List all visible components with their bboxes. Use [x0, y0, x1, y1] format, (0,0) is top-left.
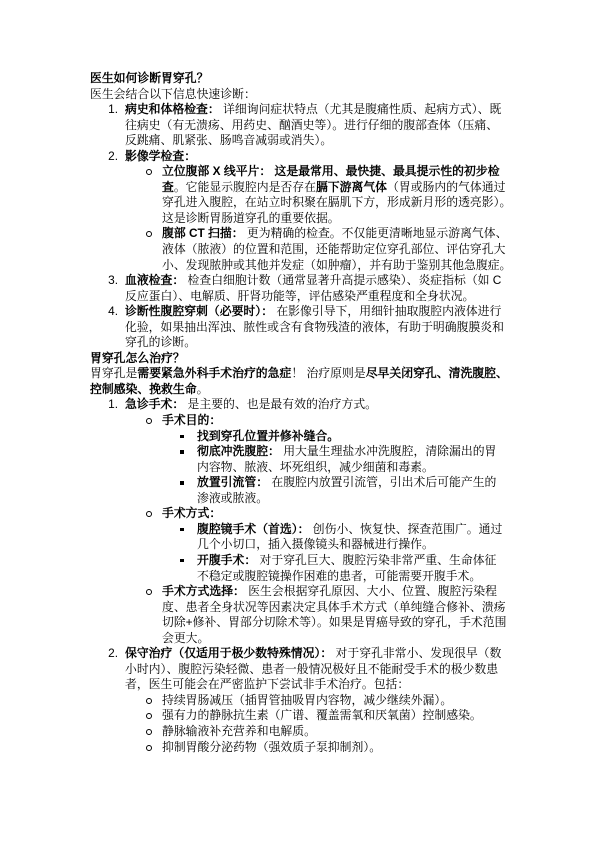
square-bullet-icon — [180, 435, 184, 439]
item-label: 彻底冲洗腹腔： — [197, 444, 280, 458]
sublist-item-surgery-methods: 手术方式： — [90, 506, 540, 522]
item-label: 放置引流管： — [197, 475, 268, 489]
square-bullet-icon — [180, 481, 184, 485]
item-text: 是主要的、也是最有效的治疗方式。 — [184, 397, 377, 411]
diagnosis-intro: 医生会结合以下信息快速诊断： — [90, 87, 540, 103]
list-number: 1. — [90, 397, 118, 413]
circle-bullet-icon — [146, 418, 152, 424]
sublist-item-acid-suppression: 抑制胃酸分泌药物（强效质子泵抑制剂）。 — [90, 740, 540, 756]
treatment-intro: 胃穿孔是需要紧急外科手术治疗的急症！ 治疗原则是尽早关闭穿孔、清洗腹腔、 控制感… — [90, 366, 540, 397]
treatment-heading: 胃穿孔怎么治疗？ — [90, 351, 540, 367]
section-heading: 胃穿孔怎么治疗？ — [90, 351, 540, 367]
item-text: 持续胃肠减压（插胃管抽吸胃内容物，减少继续外漏）。 — [162, 693, 452, 707]
square-bullet-icon — [180, 450, 184, 454]
item-label: 急诊手术： — [125, 397, 184, 411]
item-label: 病史和体格检查： — [125, 102, 220, 116]
item-label: 开腹手术： — [197, 553, 256, 567]
item-label: 手术目的： — [162, 413, 221, 427]
item-label: 影像学检查： — [125, 149, 196, 163]
sublist-item-surgery-goals: 手术目的： — [90, 413, 540, 429]
circle-bullet-icon — [146, 698, 152, 704]
item-text: 强有力的静脉抗生素（广谱、覆盖需氧和厌氧菌）控制感染。 — [162, 708, 482, 722]
item-text: 。它能显示腹腔内是否存在 — [174, 180, 316, 194]
list-item-blood-test: 3. 血液检查： 检查白细胞计数（通常显著升高提示感染）、炎症指标（如 C 反应… — [90, 273, 540, 304]
item-text: 抑制胃酸分泌药物（强效质子泵抑制剂）。 — [162, 740, 381, 754]
circle-bullet-icon — [146, 713, 152, 719]
list-item-imaging: 2. 影像学检查： — [90, 149, 540, 165]
sub-sublist-item-lavage: 彻底冲洗腹腔： 用大量生理盐水冲洗腹腔，清除漏出的胃 内容物、脓液、坏死组织，减… — [90, 444, 540, 475]
square-bullet-icon — [180, 528, 184, 532]
circle-bullet-icon — [146, 511, 152, 517]
document-page: 医生如何诊断胃穿孔？ 医生会结合以下信息快速诊断： 1. 病史和体格检查： 详细… — [0, 0, 595, 841]
section-heading: 医生如何诊断胃穿孔？ — [90, 71, 540, 87]
item-label: 找到穿孔位置并修补缝合。 — [197, 429, 339, 443]
sublist-item-iv-fluids: 静脉输液补充营养和电解质。 — [90, 724, 540, 740]
sub-sublist-item-repair: 找到穿孔位置并修补缝合。 — [90, 429, 540, 445]
intro-text: 医生会结合以下信息快速诊断： — [90, 87, 540, 103]
sublist-item-ct: 腹部 CT 扫描： 更为精确的检查。不仅能更清晰地显示游离气体、 液体（脓液）的… — [90, 226, 540, 273]
circle-bullet-icon — [146, 745, 152, 751]
circle-bullet-icon — [146, 231, 152, 237]
item-emphasis: 膈下游离气体 — [316, 180, 387, 194]
item-label: 诊断性腹腔穿刺（必要时）： — [125, 304, 273, 318]
list-number: 2. — [90, 646, 118, 662]
sublist-item-method-selection: 手术方式选择： 医生会根据穿孔原因、大小、位置、腹腔污染程 度、患者全身状况等因… — [90, 584, 540, 646]
document-content: 医生如何诊断胃穿孔？ 医生会结合以下信息快速诊断： 1. 病史和体格检查： 详细… — [90, 71, 540, 755]
intro-text: 胃穿孔是 — [90, 366, 137, 380]
item-text: 静脉输液补充营养和电解质。 — [162, 724, 316, 738]
square-bullet-icon — [180, 559, 184, 563]
circle-bullet-icon — [146, 169, 152, 175]
item-label: 腹腔镜手术（首选）： — [197, 522, 310, 536]
item-label: 血液检查： — [125, 273, 184, 287]
list-number: 4. — [90, 304, 118, 320]
list-number: 1. — [90, 102, 118, 118]
sublist-item-antibiotics: 强有力的静脉抗生素（广谱、覆盖需氧和厌氧菌）控制感染。 — [90, 708, 540, 724]
item-label: 腹部 CT 扫描： — [162, 226, 244, 240]
list-item-emergency-surgery: 1. 急诊手术： 是主要的、也是最有效的治疗方式。 — [90, 397, 540, 413]
diagnosis-heading: 医生如何诊断胃穿孔？ — [90, 71, 540, 87]
list-item-conservative: 2. 保守治疗（仅适用于极少数特殊情况）： 对于穿孔非常小、发现很早（数 小时内… — [90, 646, 540, 693]
circle-bullet-icon — [146, 729, 152, 735]
sub-sublist-item-laparoscopic: 腹腔镜手术（首选）： 创伤小、恢复快、探查范围广。通过 几个小切口，插入摄像镜头… — [90, 522, 540, 553]
sublist-item-xray: 立位腹部 X 线平片： 这是最常用、最快捷、最具提示性的初步检 查。它能显示腹腔… — [90, 164, 540, 226]
sub-sublist-item-open-surgery: 开腹手术： 对于穿孔巨大、腹腔污染非常严重、生命体征 不稳定或腹腔镜操作困难的患… — [90, 553, 540, 584]
sublist-item-decompression: 持续胃肠减压（插胃管抽吸胃内容物，减少继续外漏）。 — [90, 693, 540, 709]
list-number: 2. — [90, 149, 118, 165]
intro-emphasis: 需要紧急外科手术治疗的急症 — [137, 366, 291, 380]
list-item-paracentesis: 4. 诊断性腹腔穿刺（必要时）： 在影像引导下，用细针抽取腹腔内液体进行 化验，… — [90, 304, 540, 351]
item-label: 手术方式： — [162, 506, 221, 520]
sub-sublist-item-drainage: 放置引流管： 在腹腔内放置引流管，引出术后可能产生的 渗液或脓液。 — [90, 475, 540, 506]
item-label: 手术方式选择： — [162, 584, 245, 598]
intro-text: 。 — [197, 382, 209, 396]
circle-bullet-icon — [146, 589, 152, 595]
list-number: 3. — [90, 273, 118, 289]
item-label: 保守治疗（仅适用于极少数特殊情况）： — [125, 646, 332, 660]
list-item-history-exam: 1. 病史和体格检查： 详细询问症状特点（尤其是腹痛性质、起病方式）、既 往病史… — [90, 102, 540, 149]
intro-text: ！ 治疗原则是 — [291, 366, 365, 380]
